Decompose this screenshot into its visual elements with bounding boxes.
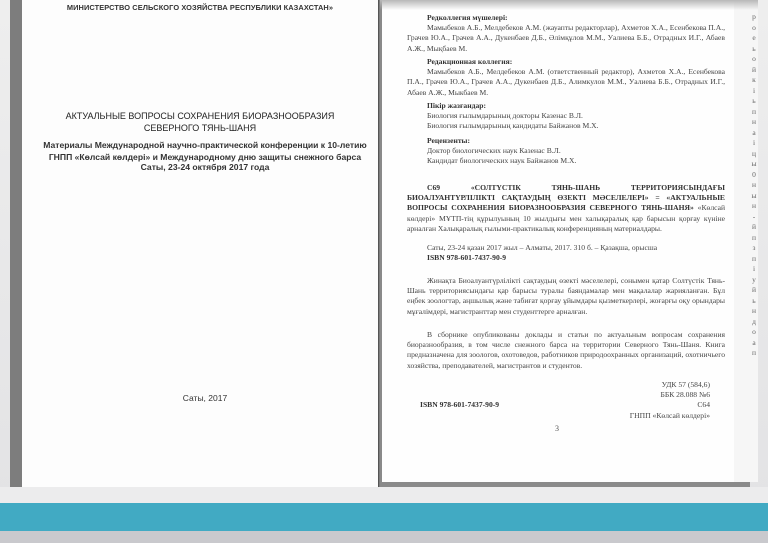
reviewers-kz: Пікір жазғандар: Биология ғылымдарының д… (407, 101, 725, 132)
edge-char: ц (748, 149, 760, 160)
abstract-ru: В сборнике опубликованы доклады и статьи… (407, 330, 725, 371)
edge-char: ь (748, 296, 760, 307)
edge-char: з (748, 243, 760, 254)
isbn-bottom: ISBN 978-601-7437-90-9 (420, 400, 499, 410)
edge-char: н (748, 306, 760, 317)
edge-char: п (748, 348, 760, 359)
ministry-header: МИНИСТЕРСТВО СЕЛЬСКОГО ХОЗЯЙСТВА РЕСПУБЛ… (40, 0, 360, 12)
edge-char: о (748, 54, 760, 65)
edge-char: 0 (748, 170, 760, 181)
edge-char: і (748, 138, 760, 149)
scanner-stripe (0, 503, 768, 531)
next-page-edge-text: роеьойкіьпнаіцы0нын-йпзпіуйьндоап (748, 12, 760, 359)
edge-char: у (748, 275, 760, 286)
conference-place-date: Саты, 23-24 октября 2017 года (40, 162, 370, 172)
book-subtitle: Материалы Международной научно-практичес… (40, 139, 370, 163)
scanner-bottom (0, 531, 768, 543)
edge-char: о (748, 23, 760, 34)
edge-char: а (748, 128, 760, 139)
edge-char: а (748, 338, 760, 349)
catalog-entry: С69 «СОЛТҮСТІК ТЯНЬ-ШАНЬ ТЕРРИТОРИЯСЫНДА… (407, 183, 725, 234)
edge-char: н (748, 180, 760, 191)
edge-char: н (748, 117, 760, 128)
imprint: Саты, 2017 (40, 393, 370, 403)
editorial-board: Редакционная коллегия: Мамыбеков А.Б., М… (407, 57, 725, 98)
edge-char: п (748, 254, 760, 265)
left-page (22, 0, 379, 498)
edge-char: р (748, 12, 760, 23)
edge-char: ы (748, 191, 760, 202)
abstract-kz: Жинақта Биоалуантүрлілікті сақтаудың өзе… (407, 276, 725, 317)
imprint-block: Саты, 23-24 қазан 2017 жыл – Алматы, 201… (407, 243, 725, 263)
edge-char: - (748, 212, 760, 223)
edge-char: п (748, 233, 760, 244)
top-shadow (380, 0, 758, 10)
edge-char: е (748, 33, 760, 44)
page-number: 3 (555, 424, 559, 433)
book-title: АКТУАЛЬНЫЕ ВОПРОСЫ СОХРАНЕНИЯ БИОРАЗНООБ… (40, 110, 360, 134)
edge-char: і (748, 264, 760, 275)
edge-char: д (748, 317, 760, 328)
edge-char: н (748, 201, 760, 212)
edge-char: ы (748, 159, 760, 170)
edge-char: ь (748, 96, 760, 107)
classification-codes: УДК 57 (584,6) ББК 28.088 №6 С64 ГНПП «К… (560, 380, 710, 421)
edge-char: п (748, 107, 760, 118)
scanner-gap (0, 487, 768, 503)
edge-char: к (748, 75, 760, 86)
edge-char: й (748, 285, 760, 296)
edge-char: о (748, 327, 760, 338)
edge-char: ь (748, 44, 760, 55)
edge-char: й (748, 65, 760, 76)
edge-char: й (748, 222, 760, 233)
edge-char: і (748, 86, 760, 97)
reviewers-ru: Рецензенты: Доктор биологических наук Ка… (407, 136, 725, 167)
editorial-members: Редколлегия мүшелері: Мамыбеков А.Б., Ме… (407, 13, 725, 54)
